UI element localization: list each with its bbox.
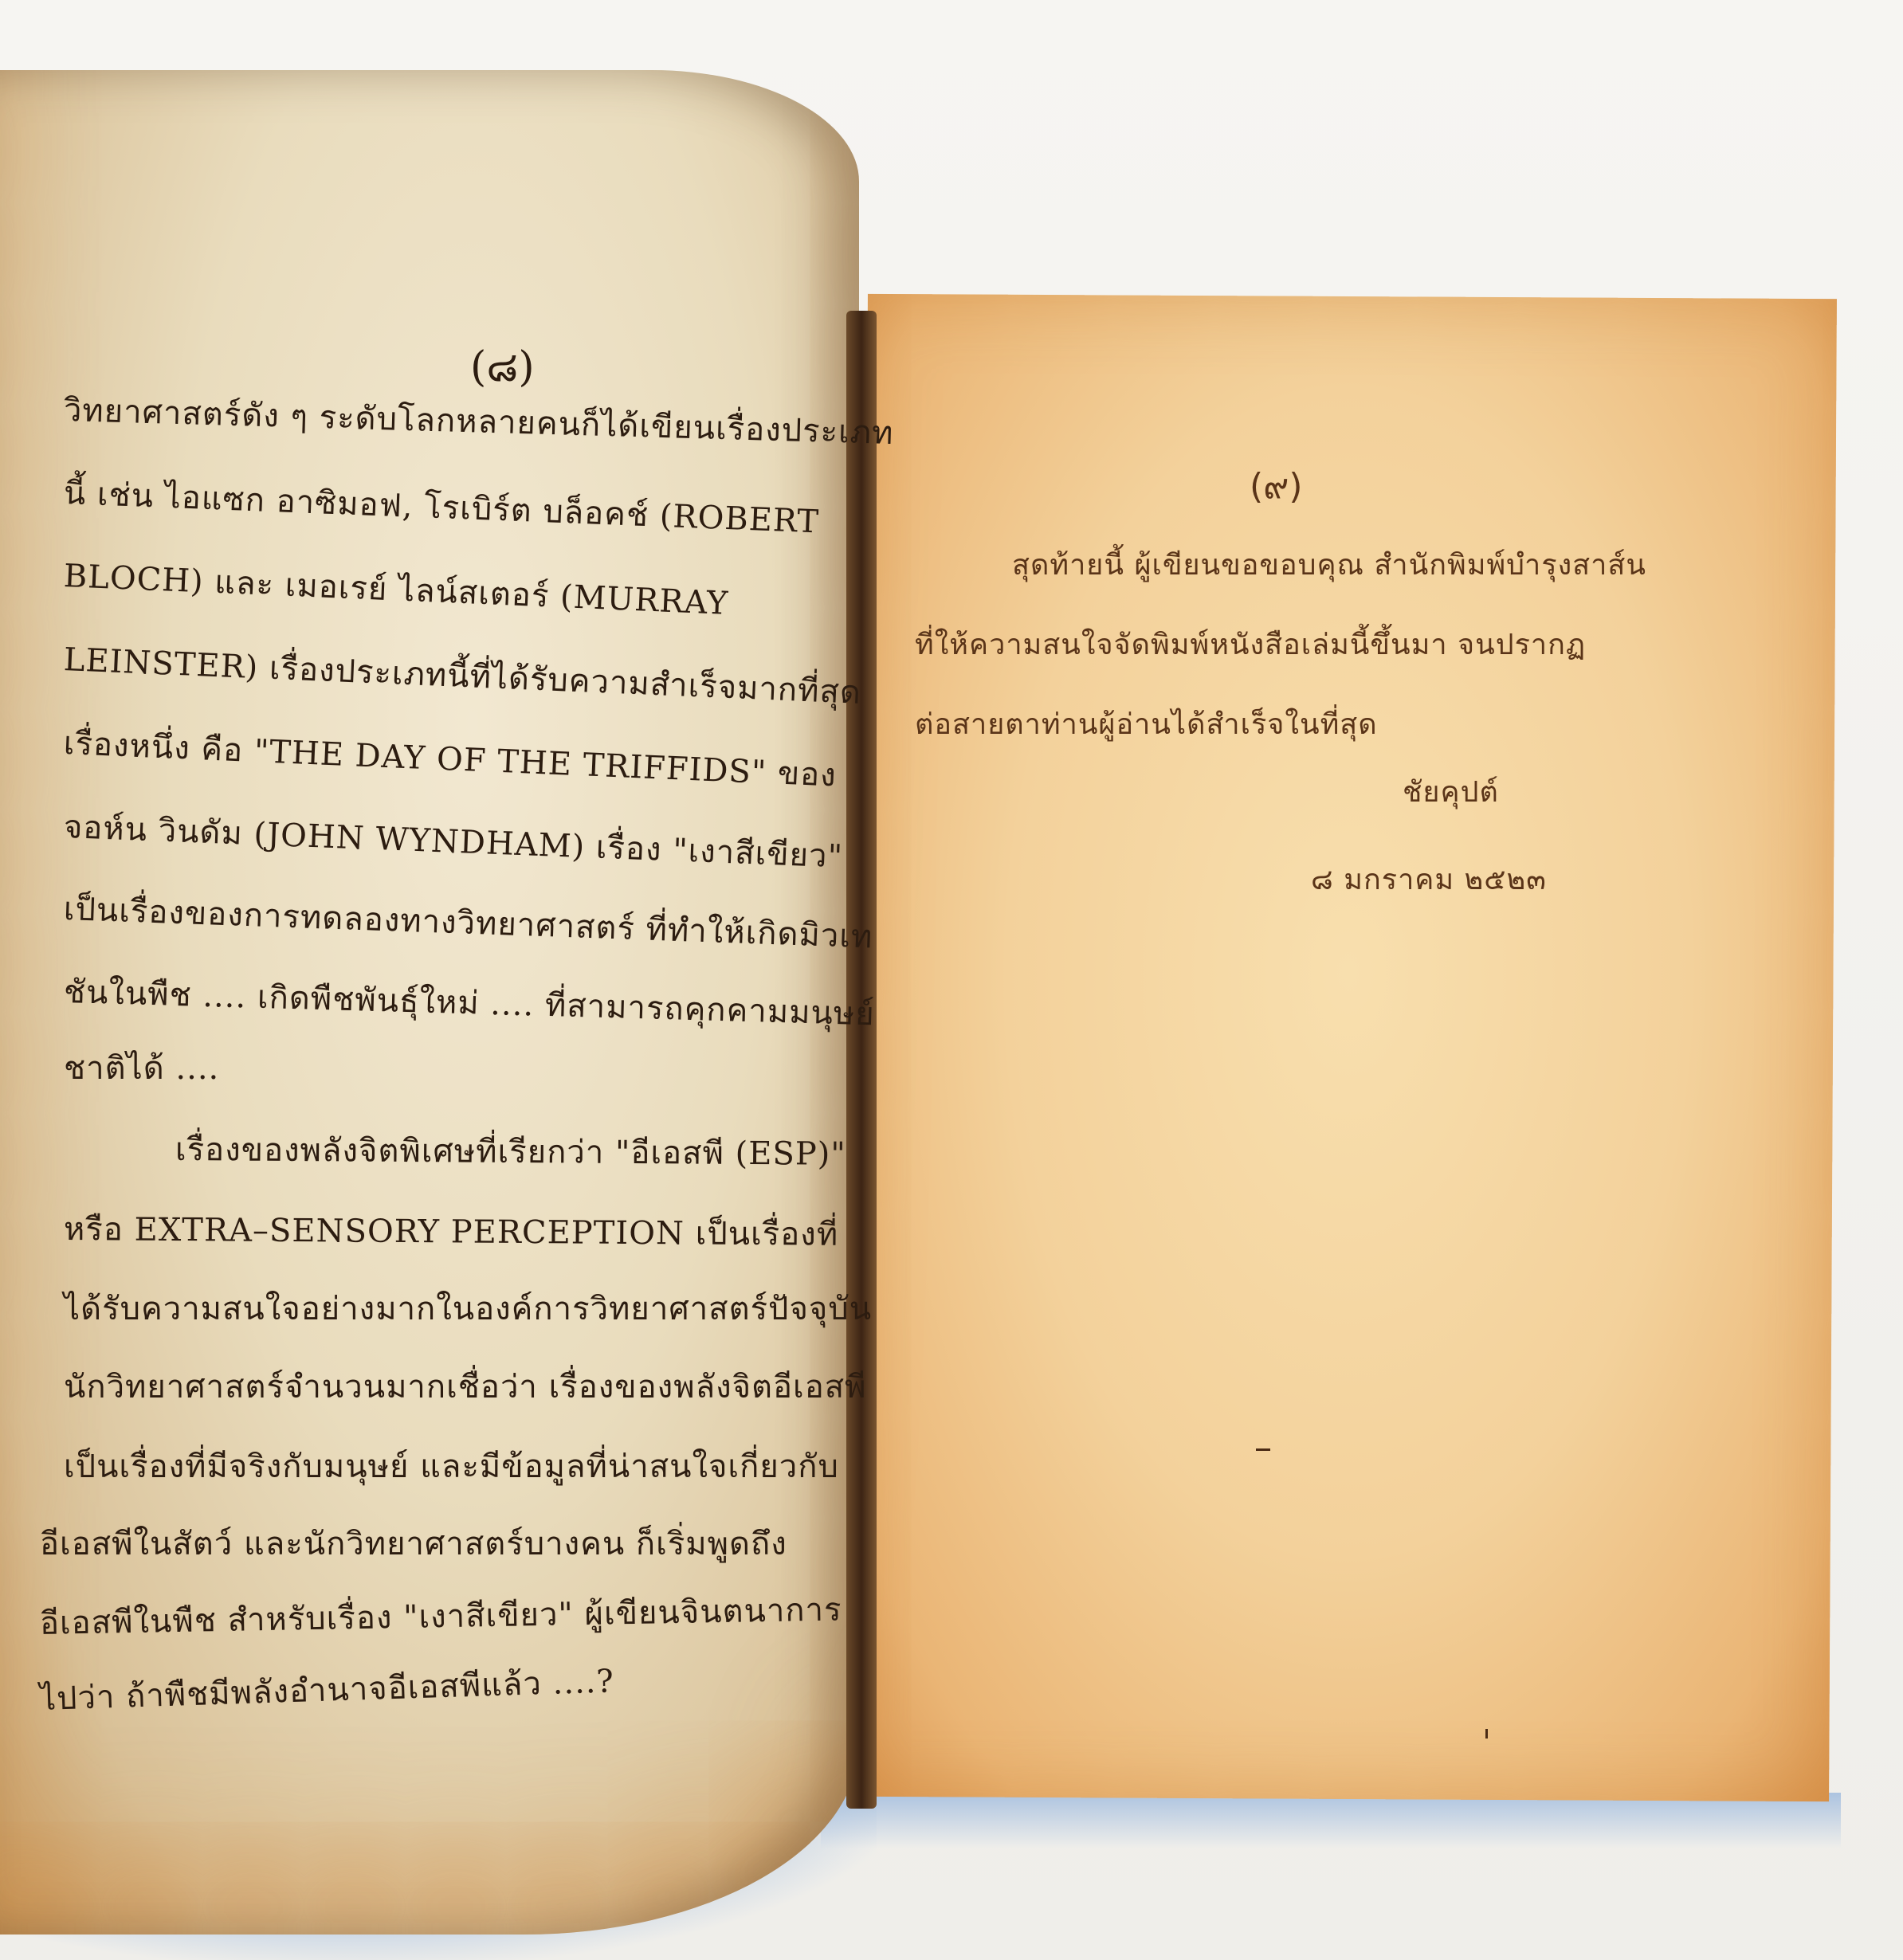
book-shadow-right	[821, 1793, 1841, 1848]
author-signature: ชัยคุปต์	[1403, 769, 1499, 814]
left-line-15: อีเอสพีในสัตว์ และนักวิทยาศาสตร์บางคน ก็…	[40, 1518, 787, 1569]
left-line-13: นักวิทยาศาสตร์จำนวนมากเชื่อว่า เรื่องของ…	[64, 1361, 867, 1412]
left-line-12: ได้รับความสนใจอย่างมากในองค์การวิทยาศาสต…	[64, 1283, 872, 1334]
left-line-11: หรือ EXTRA–SENSORY PERCEPTION เป็นเรื่อง…	[64, 1203, 839, 1260]
right-page-number: (๙)	[1250, 458, 1303, 514]
book-gutter	[846, 311, 877, 1809]
right-line-3: ต่อสายตาท่านผู้อ่านได้สำเร็จในที่สุด	[915, 701, 1378, 747]
ink-speck	[1256, 1448, 1270, 1451]
left-line-14: เป็นเรื่องที่มีจริงกับมนุษย์ และมีข้อมูล…	[64, 1441, 839, 1492]
left-page-number: (๘)	[470, 333, 535, 399]
date-line: ๘ มกราคม ๒๕๒๓	[1311, 857, 1547, 902]
left-line-10: เรื่องของพลังจิตพิเศษที่เรียกว่า "อีเอสพ…	[175, 1123, 846, 1179]
left-line-9: ชาติได้ ....	[64, 1042, 219, 1093]
right-line-1: สุดท้ายนี้ ผู้เขียนขอขอบคุณ สำนักพิมพ์บำ…	[1012, 542, 1646, 587]
right-page	[860, 294, 1837, 1801]
right-line-2: ที่ให้ความสนใจจัดพิมพ์หนังสือเล่มนี้ขึ้น…	[915, 621, 1586, 667]
ink-speck	[1485, 1729, 1488, 1739]
